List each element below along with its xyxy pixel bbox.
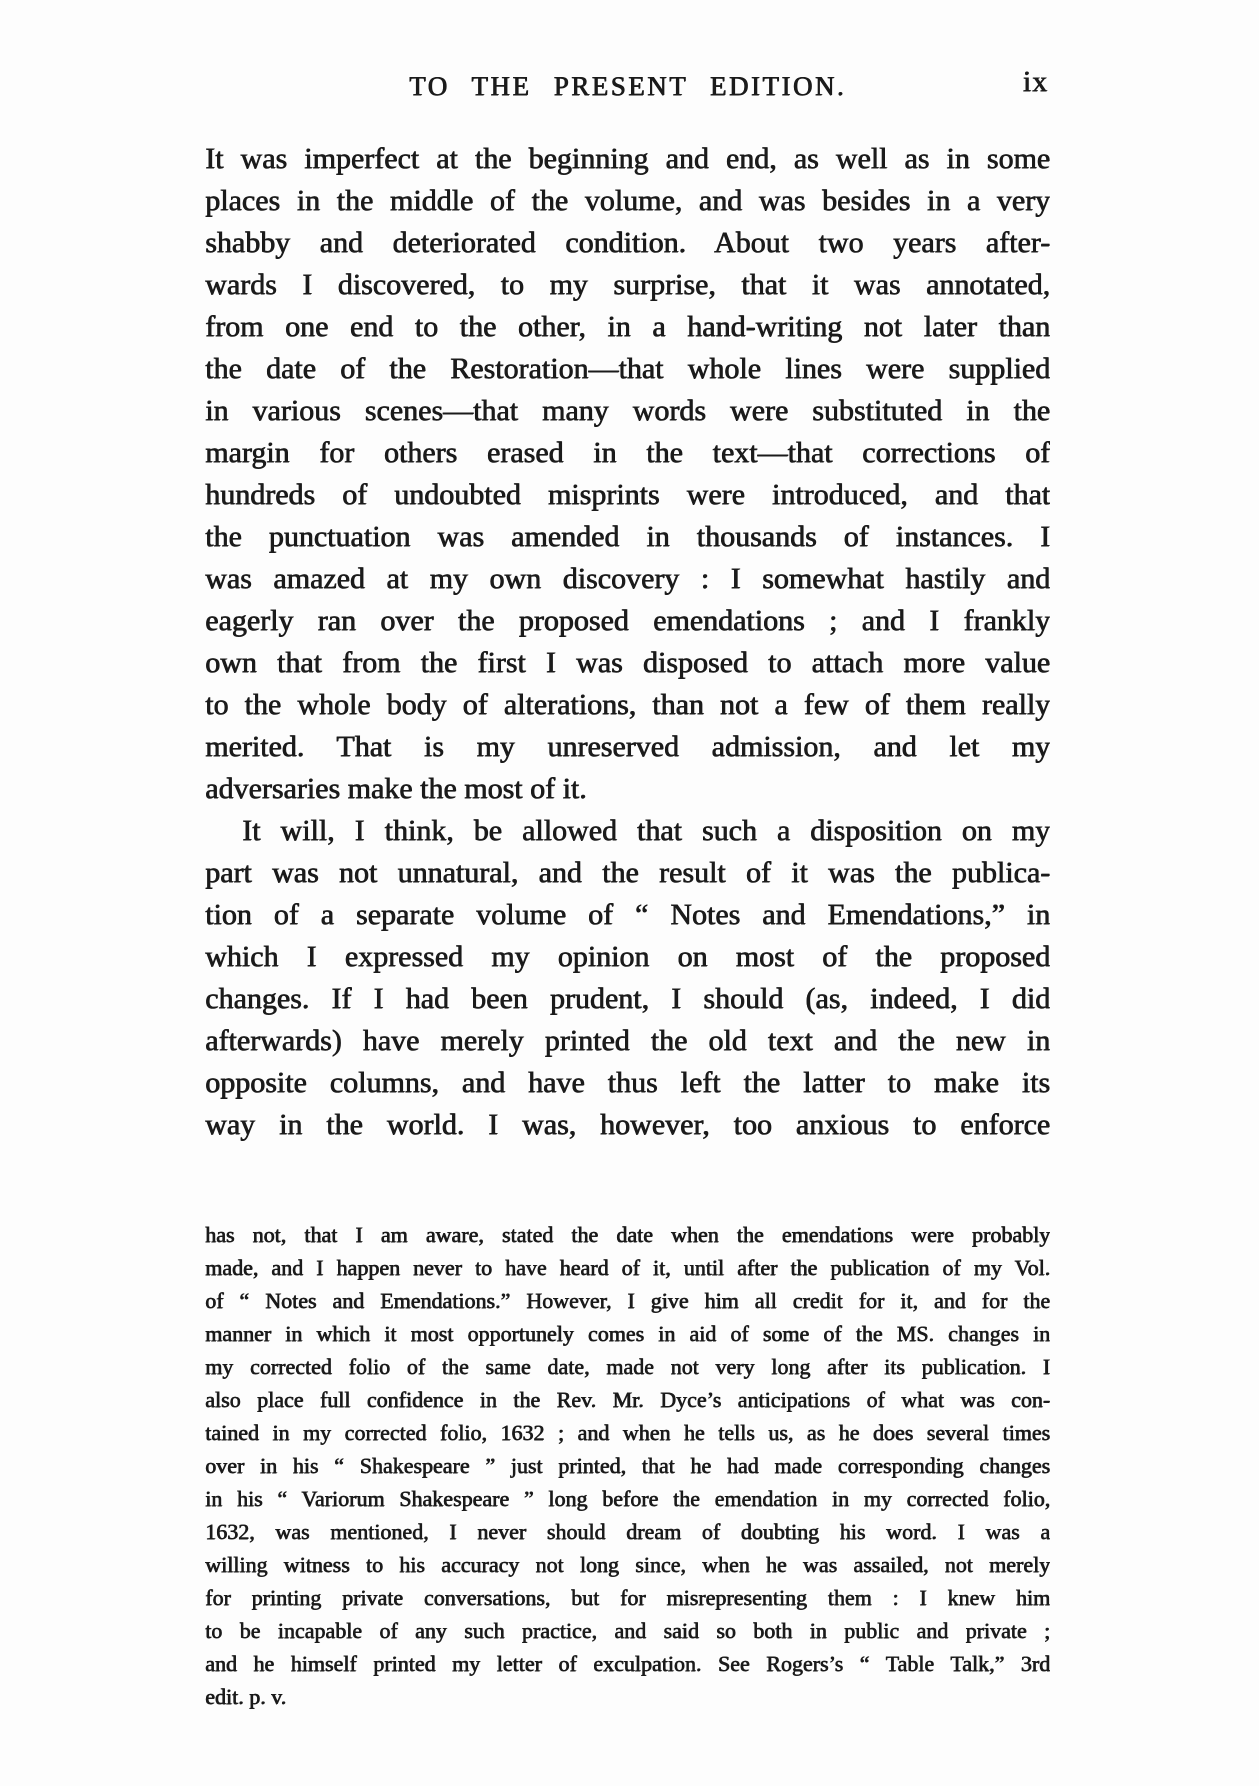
footnote-line: willing witness to his accuracy not long… [205,1548,1050,1581]
footnote-line: has not, that I am aware, stated the dat… [205,1218,1050,1251]
footnote-line: manner in which it most opportunely come… [205,1317,1050,1350]
footnote-line: my corrected folio of the same date, mad… [205,1350,1050,1383]
text-line: in various scenes—that many words were s… [205,390,1050,432]
text-line: tion of a separate volume of “ Notes and… [205,894,1050,936]
footnote-line: tained in my corrected folio, 1632 ; and… [205,1416,1050,1449]
running-title: TO THE PRESENT EDITION. [205,70,1050,102]
text-line: from one end to the other, in a hand-wri… [205,306,1050,348]
footnote-line: made, and I happen never to have heard o… [205,1251,1050,1284]
footnote-line: and he himself printed my letter of excu… [205,1647,1050,1680]
footnote: has not, that I am aware, stated the dat… [205,1218,1050,1713]
text-line: places in the middle of the volume, and … [205,180,1050,222]
text-line: to the whole body of alterations, than n… [205,684,1050,726]
book-page: TO THE PRESENT EDITION. ix It was imperf… [0,0,1259,1786]
text-line: It will, I think, be allowed that such a… [205,810,1050,852]
footnote-line: of “ Notes and Emendations.” However, I … [205,1284,1050,1317]
footnote-line: edit. p. v. [205,1680,1050,1713]
footnote-line: also place full confidence in the Rev. M… [205,1383,1050,1416]
text-line: the punctuation was amended in thousands… [205,516,1050,558]
text-line: opposite columns, and have thus left the… [205,1062,1050,1104]
text-line: adversaries make the most of it. [205,768,1050,810]
footnote-line: for printing private conversations, but … [205,1581,1050,1614]
text-line: hundreds of undoubted misprints were int… [205,474,1050,516]
footnote-line: in his “ Variorum Shakespeare ” long bef… [205,1482,1050,1515]
text-line: way in the world. I was, however, too an… [205,1104,1050,1146]
text-line: was amazed at my own discovery : I somew… [205,558,1050,600]
footnote-line: over in his “ Shakespeare ” just printed… [205,1449,1050,1482]
page-number: ix [1023,66,1048,98]
text-line: eagerly ran over the proposed emendation… [205,600,1050,642]
text-line: wards I discovered, to my surprise, that… [205,264,1050,306]
footnote-line: 1632, was mentioned, I never should drea… [205,1515,1050,1548]
text-line: which I expressed my opinion on most of … [205,936,1050,978]
text-line: shabby and deteriorated condition. About… [205,222,1050,264]
body-text: It was imperfect at the beginning and en… [205,138,1050,1146]
text-line: merited. That is my unreserved admission… [205,726,1050,768]
text-line: part was not unnatural, and the result o… [205,852,1050,894]
text-line: afterwards) have merely printed the old … [205,1020,1050,1062]
text-line: It was imperfect at the beginning and en… [205,138,1050,180]
text-line: the date of the Restoration—that whole l… [205,348,1050,390]
text-line: margin for others erased in the text—tha… [205,432,1050,474]
page-header: TO THE PRESENT EDITION. ix [205,70,1050,110]
text-line: own that from the first I was disposed t… [205,642,1050,684]
text-line: changes. If I had been prudent, I should… [205,978,1050,1020]
footnote-line: to be incapable of any such practice, an… [205,1614,1050,1647]
